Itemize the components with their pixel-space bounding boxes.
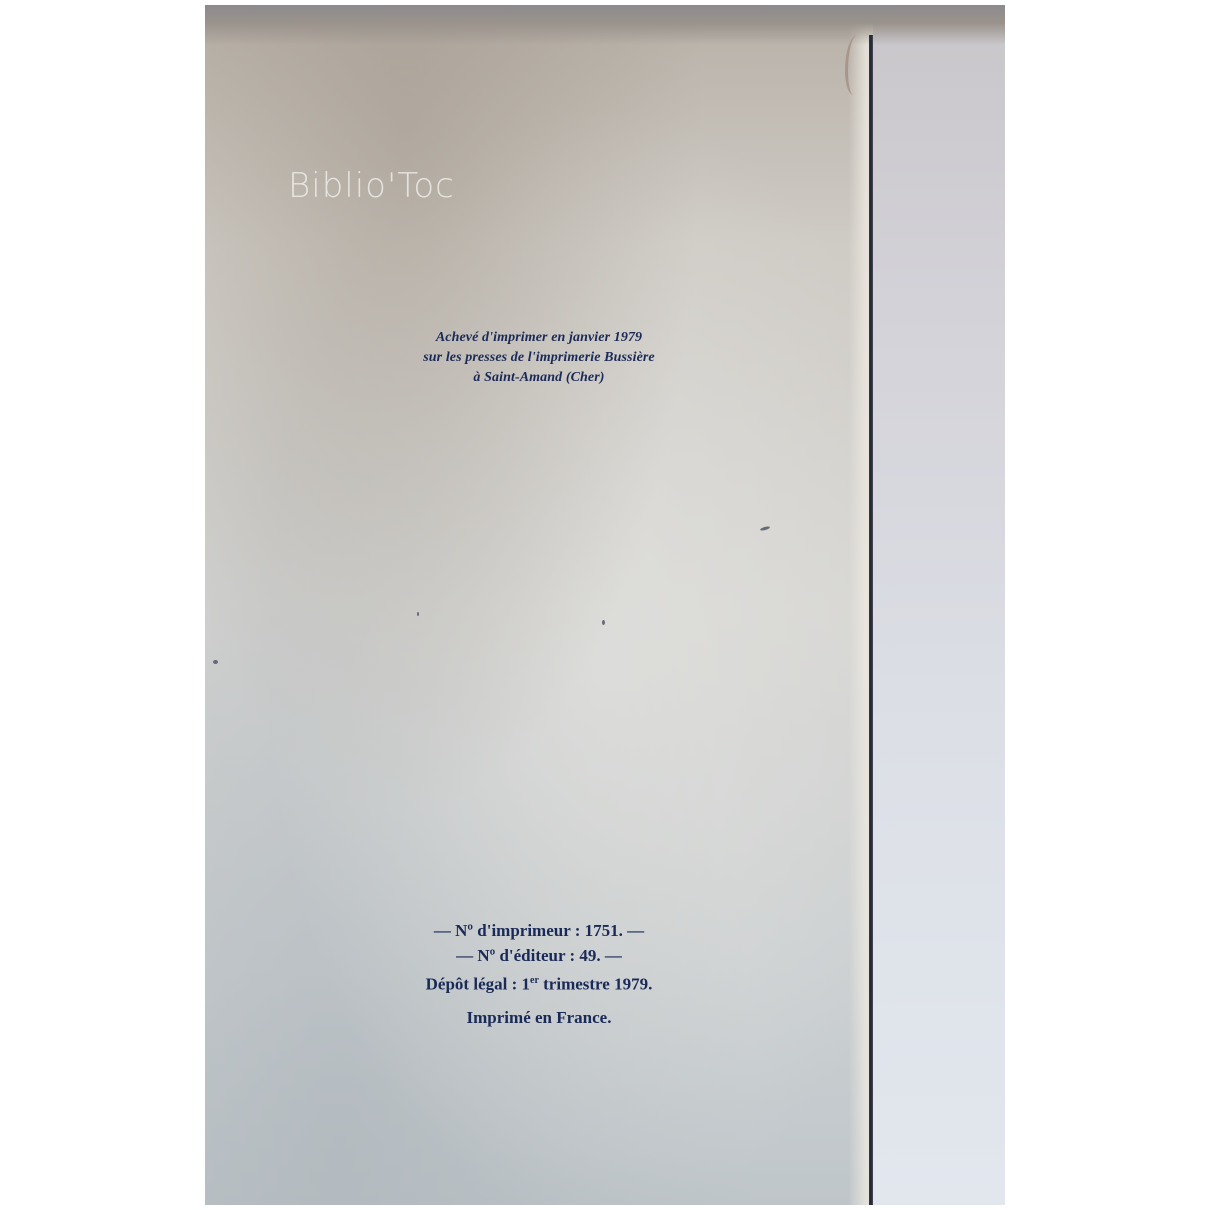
printing-note-line: à Saint-Amand (Cher)	[205, 368, 873, 388]
paper-speck	[417, 612, 419, 616]
legal-deposit: Dépôt légal : 1er trimestre 1979.	[205, 968, 873, 997]
top-shadow	[205, 5, 1005, 45]
spacer	[205, 997, 873, 1005]
legal-deposit-suffix: trimestre 1979.	[539, 975, 652, 994]
legal-deposit-ordinal: er	[530, 975, 539, 986]
printer-number: — Nº d'imprimeur : 1751. —	[205, 918, 873, 943]
adjacent-page	[873, 5, 1005, 1205]
paper-speck	[213, 660, 218, 664]
legal-deposit-prefix: Dépôt légal : 1	[426, 975, 530, 994]
watermark-logo: Biblio'Toc	[288, 166, 455, 206]
page-curl	[845, 35, 866, 95]
paper-speck	[602, 620, 605, 625]
legal-info: — Nº d'imprimeur : 1751. — — Nº d'éditeu…	[205, 918, 873, 1030]
publisher-number: — Nº d'éditeur : 49. —	[205, 943, 873, 968]
printed-in: Imprimé en France.	[205, 1005, 873, 1030]
printing-note-line: sur les presses de l'imprimerie Bussière	[205, 348, 873, 368]
printing-note: Achevé d'imprimer en janvier 1979 sur le…	[205, 328, 873, 388]
printing-note-line: Achevé d'imprimer en janvier 1979	[205, 328, 873, 348]
